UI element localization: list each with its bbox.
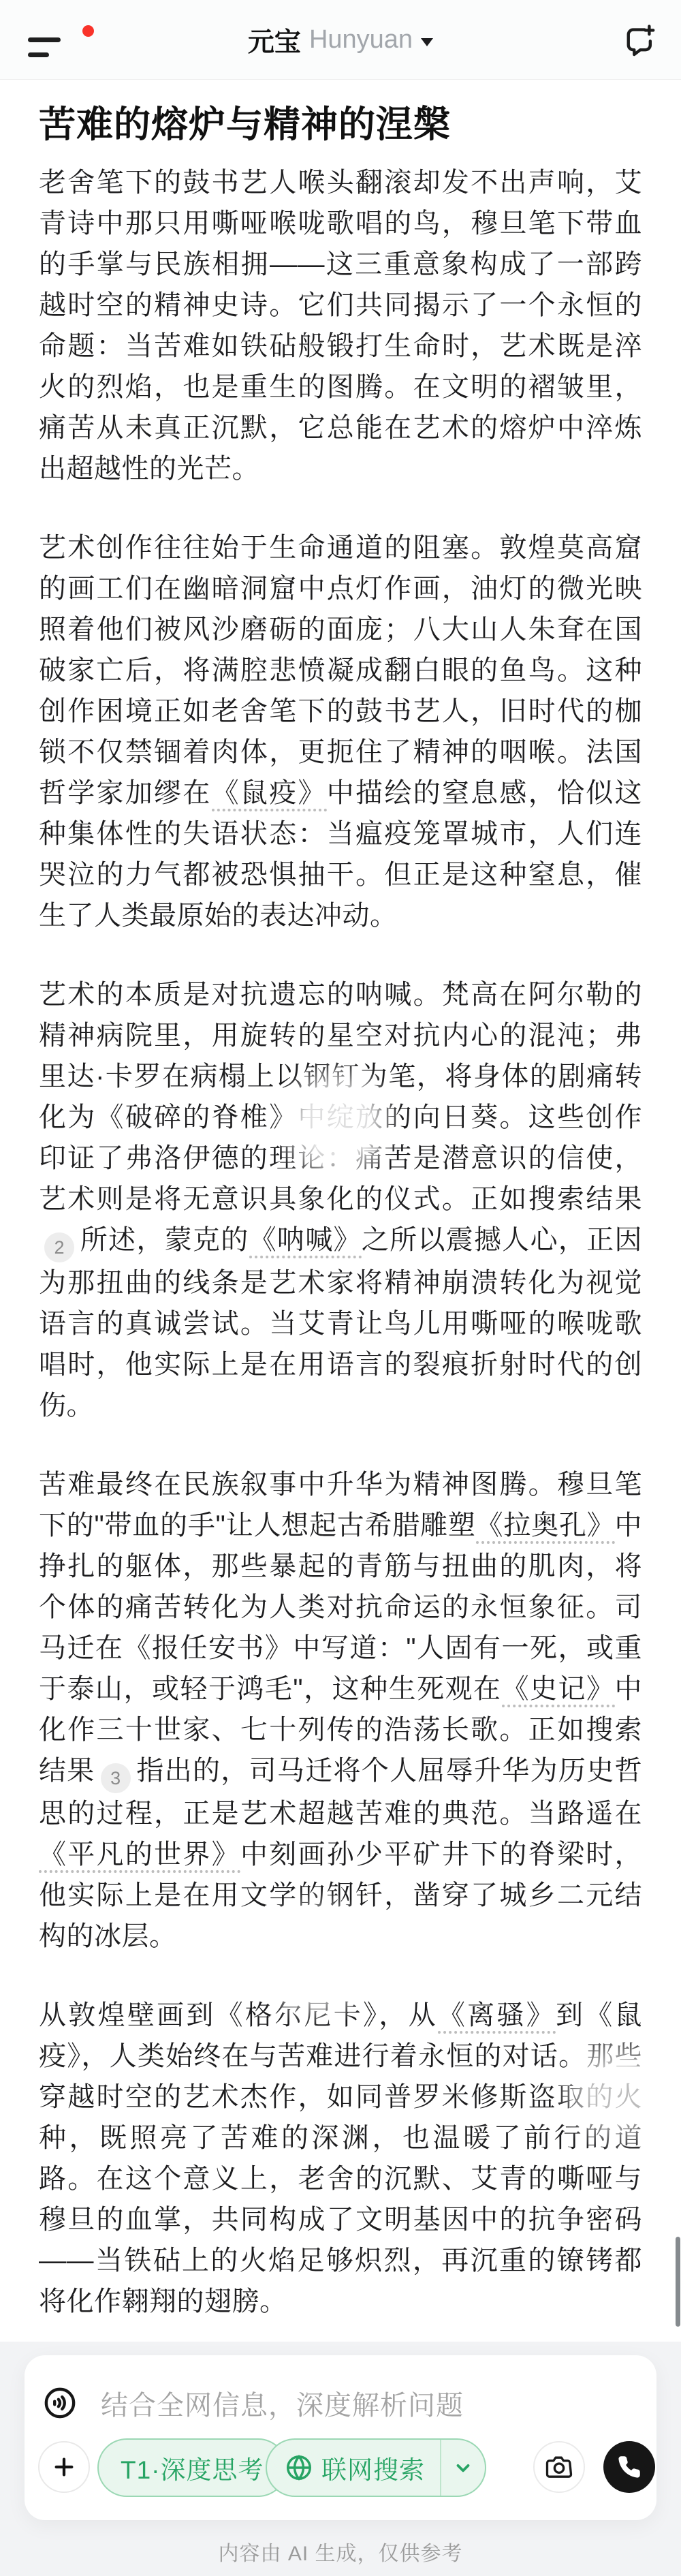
book-title-link[interactable]: 《拉奥孔》	[476, 1510, 615, 1544]
answer-paragraph: 老舍笔下的鼓书艺人喉头翻滚却发不出声响，艾青诗中那只用嘶哑喉咙歌唱的鸟，穆旦笔下…	[39, 162, 642, 489]
composer-card[interactable]: 结合全网信息，深度解析问题 T1·深度思考 联网搜索	[25, 2355, 656, 2520]
chat-answer: 苦难的熔炉与精神的涅槃 老舍笔下的鼓书艺人喉头翻滚却发不出声响，艾青诗中那只用嘶…	[0, 80, 681, 2322]
book-title-link[interactable]: 《鼠疫》	[212, 778, 327, 811]
text-run: 到《鼠疫》，人类始终在与苦难进行着永恒的对话。那些穿越时空的艺术杰作，如同普罗米…	[39, 2000, 642, 2316]
book-title-link[interactable]: 《史记》	[502, 1674, 615, 1707]
answer-paragraph: 苦难最终在民族叙事中升华为精神图腾。穆旦笔下的"带血的手"让人想起古希腊雕塑《拉…	[39, 1464, 642, 1957]
add-attachment-button[interactable]	[38, 2441, 90, 2493]
text-run: 艺术的本质是对抗遗忘的呐喊。梵高在阿尔勒的精神病院里，用旋转的星空对抗内心的混沌…	[39, 980, 642, 1214]
text-run: 指出的，司马迁将个人屈辱升华为历史哲思的过程，正是艺术超越苦难的典范。当路遥在	[39, 1756, 642, 1829]
book-title-link[interactable]: 《离骚》	[438, 2000, 556, 2034]
message-input[interactable]: 结合全网信息，深度解析问题	[42, 2384, 636, 2422]
web-search-main[interactable]: 联网搜索	[267, 2440, 440, 2496]
web-search-toggle[interactable]: 联网搜索	[266, 2438, 486, 2497]
text-run: 老舍笔下的鼓书艺人喉头翻滚却发不出声响，艾青诗中那只用嘶哑喉咙歌唱的鸟，穆旦笔下…	[39, 168, 642, 484]
app-header: 元宝 Hunyuan	[0, 0, 681, 80]
camera-button[interactable]	[533, 2441, 585, 2493]
ai-disclaimer: 内容由 AI 生成，仅供参考	[0, 2536, 681, 2566]
composer-zone: 结合全网信息，深度解析问题 T1·深度思考 联网搜索	[0, 2342, 681, 2576]
answer-title: 苦难的熔炉与精神的涅槃	[39, 102, 642, 147]
book-title-link[interactable]: 《平凡的世界》	[39, 1840, 240, 1873]
text-run: 所述，蒙克的	[80, 1225, 249, 1255]
text-run: 从敦煌壁画到《格尔尼卡》，从	[39, 2000, 438, 2030]
chevron-down-icon	[453, 2457, 473, 2478]
voice-call-button[interactable]	[603, 2441, 655, 2493]
chevron-down-icon	[421, 38, 433, 46]
phone-icon	[617, 2455, 642, 2479]
app-title: 元宝	[248, 21, 301, 59]
answer-paragraph: 从敦煌壁画到《格尔尼卡》，从《离骚》到《鼠疫》，人类始终在与苦难进行着永恒的对话…	[39, 1995, 642, 2322]
text-run: 艺术创作往往始于生命通道的阻塞。敦煌莫高窟的画工们在幽暗洞窟中点灯作画，油灯的微…	[39, 533, 642, 808]
model-switcher[interactable]: 元宝 Hunyuan	[0, 0, 681, 80]
deep-think-toggle[interactable]: T1·深度思考	[97, 2438, 287, 2497]
citation-badge[interactable]: 3	[101, 1763, 131, 1793]
plus-icon	[52, 2455, 76, 2479]
deep-think-label: T1·深度思考	[121, 2449, 264, 2486]
answer-paragraph: 艺术创作往往始于生命通道的阻塞。敦煌莫高窟的画工们在幽暗洞窟中点灯作画，油灯的微…	[39, 527, 642, 936]
camera-icon	[545, 2453, 573, 2481]
book-title-link[interactable]: 《呐喊》	[249, 1225, 362, 1258]
new-chat-icon[interactable]	[622, 23, 656, 57]
app-subtitle: Hunyuan	[309, 25, 413, 55]
citation-badge[interactable]: 2	[44, 1232, 74, 1262]
web-search-dropdown[interactable]	[441, 2440, 485, 2496]
input-placeholder: 结合全网信息，深度解析问题	[101, 2384, 464, 2423]
voice-wave-icon[interactable]	[42, 2385, 78, 2421]
answer-paragraphs: 老舍笔下的鼓书艺人喉头翻滚却发不出声响，艾青诗中那只用嘶哑喉咙歌唱的鸟，穆旦笔下…	[39, 162, 642, 2322]
web-search-label: 联网搜索	[321, 2449, 425, 2486]
yuanbao-chat-screen: 元宝 Hunyuan 苦难的熔炉与精神的涅槃 老舍笔下的鼓书艺人喉头翻滚却发不出…	[0, 0, 681, 2576]
globe-icon	[285, 2453, 313, 2482]
scrollbar-thumb[interactable]	[676, 2237, 680, 2327]
answer-paragraph: 艺术的本质是对抗遗忘的呐喊。梵高在阿尔勒的精神病院里，用旋转的星空对抗内心的混沌…	[39, 974, 642, 1426]
